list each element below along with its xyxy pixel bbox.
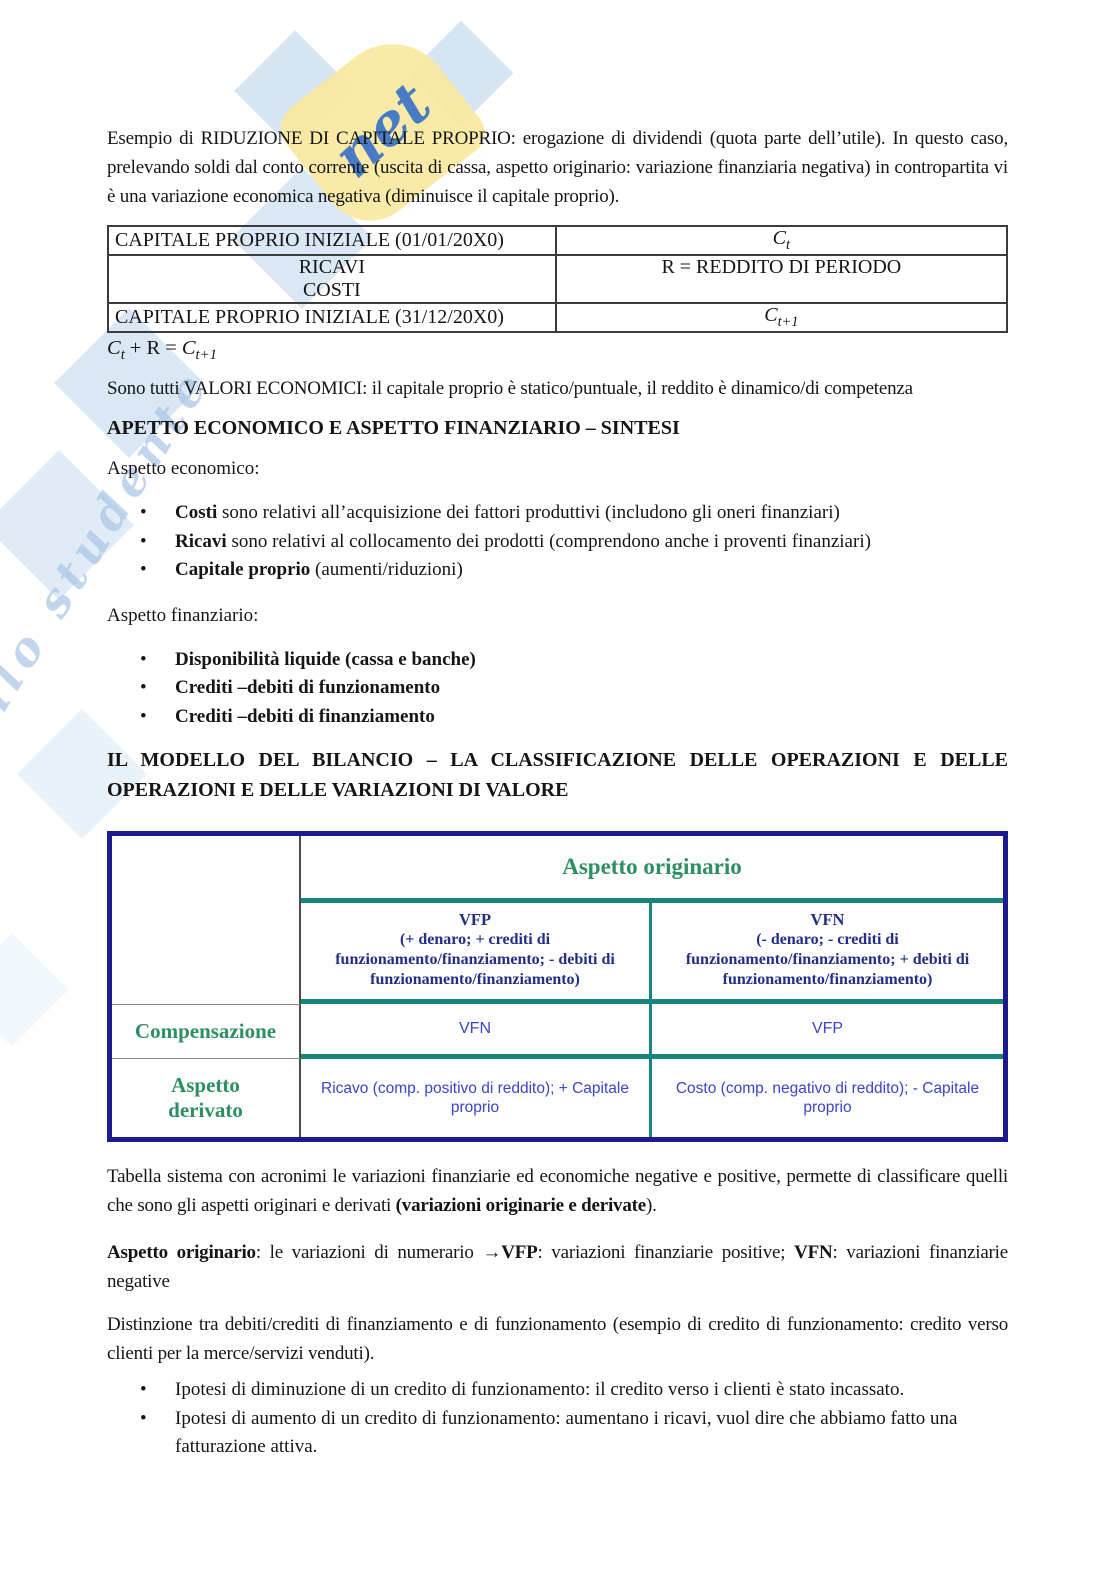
- watermark-diamond-tile: [0, 933, 69, 1046]
- bullet-icon: •: [140, 528, 147, 557]
- math-sub-t: t: [786, 237, 790, 253]
- bullet-text: (aumenti/riduzioni): [310, 559, 462, 580]
- bullet-icon: •: [140, 703, 147, 732]
- bullet-text: sono relativi all’acquisizione dei fatto…: [217, 502, 840, 523]
- paragraph-aspetto-originario: Aspetto originario: le variazioni di num…: [107, 1238, 1008, 1296]
- bullet-text: sono relativi al collocamento dei prodot…: [227, 531, 871, 552]
- aspetto-finanziario-list: •Disponibilità liquide (cassa e banche) …: [107, 646, 1008, 732]
- paragraph-bold-text: (variazioni originarie e derivate: [396, 1195, 646, 1216]
- matrix-row-label-compensazione: Compensazione: [112, 1004, 301, 1059]
- classification-matrix-table: Aspetto originario VFP (+ denaro; + cred…: [107, 831, 1008, 1142]
- ipotesi-list: •Ipotesi di diminuzione di un credito di…: [107, 1376, 1008, 1462]
- paragraph-distinzione: Distinzione tra debiti/crediti di finanz…: [107, 1310, 1008, 1368]
- vfp-title: VFP: [459, 910, 491, 930]
- bullet-icon: •: [140, 556, 147, 585]
- aspetto-economico-list: •Costi sono relativi all’acquisizione de…: [107, 499, 1008, 585]
- right-arrow-icon: →: [482, 1242, 501, 1263]
- bullet-text: Ipotesi di diminuzione di un credito di …: [175, 1379, 904, 1400]
- math-c: C: [107, 337, 121, 359]
- paragraph-tabella-sistema: Tabella sistema con acronimi le variazio…: [107, 1162, 1008, 1220]
- paragraph-text: : le variazioni di numerario: [256, 1242, 483, 1263]
- bullet-term: Costi: [175, 502, 217, 523]
- capital-formula: Ct+ R =Ct+1: [107, 337, 1008, 364]
- bullet-icon: •: [140, 646, 147, 675]
- paragraph-bold-text: Aspetto originario: [107, 1242, 256, 1263]
- bullet-icon: •: [140, 1405, 147, 1434]
- paragraph-text: ).: [646, 1195, 657, 1216]
- vfn-description: (- denaro; - crediti di funzionamento/fi…: [664, 930, 991, 990]
- table-row: CAPITALE PROPRIO INIZIALE (31/12/20X0) C…: [108, 303, 1007, 332]
- list-item: •Disponibilità liquide (cassa e banche): [107, 646, 1008, 675]
- reddito-value: R = REDDITO DI PERIODO: [556, 255, 1007, 303]
- capital-equity-table: CAPITALE PROPRIO INIZIALE (01/01/20X0) C…: [107, 225, 1008, 333]
- capital-final-value: Ct+1: [556, 303, 1007, 332]
- bullet-term: Ricavi: [175, 531, 227, 552]
- page-content: Esempio di RIDUZIONE DI CAPITALE PROPRIO…: [107, 0, 1008, 1462]
- matrix-corner-cell: [112, 836, 301, 1004]
- bullet-icon: •: [140, 674, 147, 703]
- capital-initial-value: Ct: [556, 226, 1007, 255]
- ricavi-line: RICAVI: [115, 256, 549, 279]
- matrix-derivato-vfp-cell: Ricavo (comp. positivo di reddito); + Ca…: [301, 1059, 652, 1137]
- math-c: C: [182, 337, 196, 359]
- aspetto-economico-label: Aspetto economico:: [107, 458, 1008, 480]
- math-sub-t: t: [121, 347, 125, 363]
- matrix-compensazione-vfp-cell: VFN: [301, 1004, 652, 1059]
- table-row: RICAVI COSTI R = REDDITO DI PERIODO: [108, 255, 1007, 303]
- aspetto-finanziario-label: Aspetto finanziario:: [107, 605, 1008, 627]
- list-item: •Ipotesi di diminuzione di un credito di…: [107, 1376, 1008, 1405]
- costi-line: COSTI: [115, 279, 549, 302]
- bullet-term: Crediti –debiti di finanziamento: [175, 706, 435, 727]
- list-item: •Crediti –debiti di finanziamento: [107, 703, 1008, 732]
- aspetto-derivato-text: Aspetto derivato: [151, 1073, 261, 1123]
- list-item: •Ricavi sono relativi al collocamento de…: [107, 528, 1008, 557]
- bullet-term: Disponibilità liquide (cassa e banche): [175, 649, 476, 670]
- bullet-text: Ipotesi di aumento di un credito di funz…: [175, 1408, 957, 1458]
- paragraph-bold-text: VFN: [794, 1242, 832, 1263]
- matrix-compensazione-vfn-cell: VFP: [652, 1004, 1003, 1059]
- bullet-term: Capitale proprio: [175, 559, 310, 580]
- bullet-icon: •: [140, 499, 147, 528]
- vfp-description: (+ denaro; + crediti di funzionamento/fi…: [313, 930, 637, 990]
- bullet-term: Crediti –debiti di funzionamento: [175, 677, 440, 698]
- list-item: •Capitale proprio (aumenti/riduzioni): [107, 556, 1008, 585]
- math-c: C: [764, 304, 777, 326]
- formula-middle: + R =: [130, 337, 177, 359]
- math-sub-t1: t+1: [196, 347, 217, 363]
- table-row: CAPITALE PROPRIO INIZIALE (01/01/20X0) C…: [108, 226, 1007, 255]
- matrix-vfn-header-cell: VFN (- denaro; - crediti di funzionament…: [652, 903, 1003, 1004]
- math-sub-t1: t+1: [778, 314, 799, 330]
- intro-paragraph: Esempio di RIDUZIONE DI CAPITALE PROPRIO…: [107, 124, 1008, 211]
- list-item: •Costi sono relativi all’acquisizione de…: [107, 499, 1008, 528]
- matrix-derivato-vfn-cell: Costo (comp. negativo di reddito); - Cap…: [652, 1059, 1003, 1137]
- document-page: { "intro": { "text": "Esempio di RIDUZIO…: [0, 0, 1116, 1579]
- capital-final-label: CAPITALE PROPRIO INIZIALE (31/12/20X0): [108, 303, 556, 332]
- heading-modello-bilancio: IL MODELLO DEL BILANCIO – LA CLASSIFICAZ…: [107, 745, 1008, 805]
- paragraph-text: : variazioni finanziarie positive;: [538, 1242, 795, 1263]
- valori-economici-line: Sono tutti VALORI ECONOMICI: il capitale…: [107, 374, 1008, 403]
- bullet-icon: •: [140, 1376, 147, 1405]
- capital-initial-label: CAPITALE PROPRIO INIZIALE (01/01/20X0): [108, 226, 556, 255]
- vfn-title: VFN: [811, 910, 845, 930]
- paragraph-bold-text: VFP: [501, 1242, 537, 1263]
- ricavi-costi-label: RICAVI COSTI: [108, 255, 556, 303]
- list-item: •Crediti –debiti di funzionamento: [107, 674, 1008, 703]
- math-c: C: [773, 227, 786, 249]
- list-item: •Ipotesi di aumento di un credito di fun…: [107, 1405, 1008, 1462]
- matrix-row-label-aspetto-derivato: Aspetto derivato: [112, 1059, 301, 1137]
- matrix-vfp-header-cell: VFP (+ denaro; + crediti di funzionament…: [301, 903, 652, 1004]
- matrix-header-aspetto-originario: Aspetto originario: [301, 836, 1003, 903]
- heading-sintesi: APETTO ECONOMICO E ASPETTO FINANZIARIO –…: [107, 417, 1008, 440]
